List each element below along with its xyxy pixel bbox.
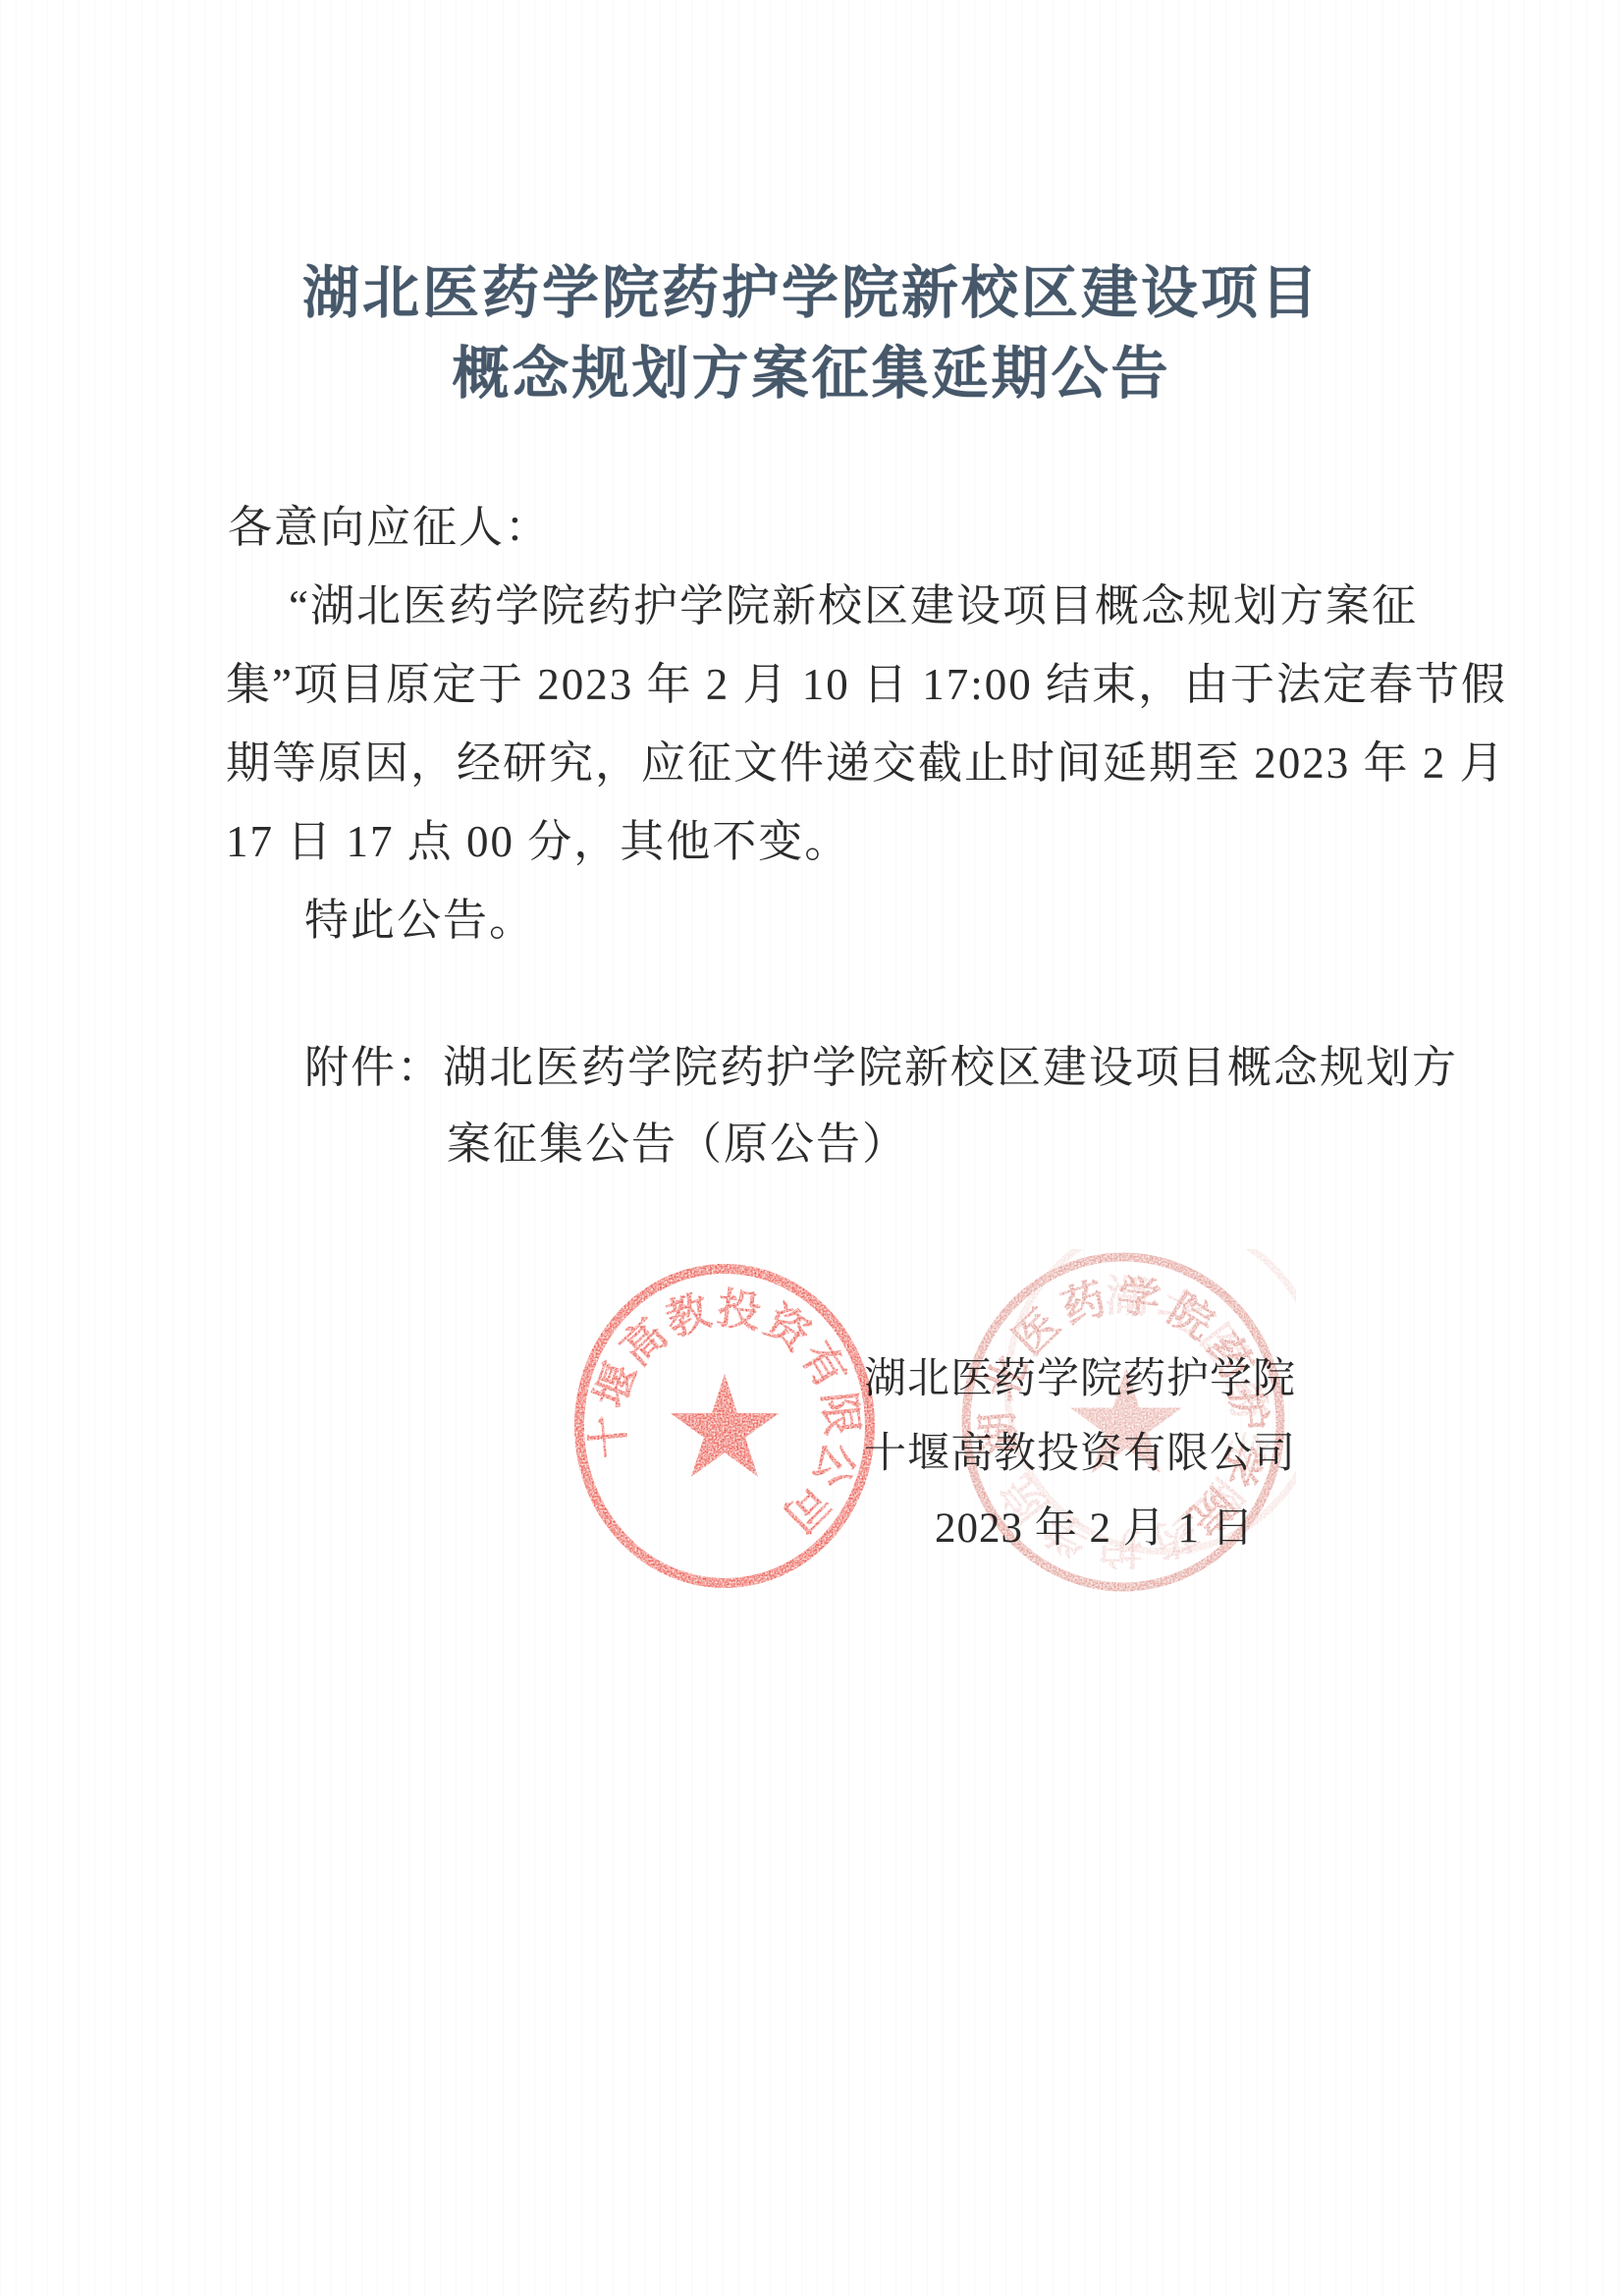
left-stamp: 十 堰 高 教 投 资 有 限 公 司 bbox=[568, 1257, 882, 1595]
star-icon bbox=[671, 1374, 779, 1477]
star-icon bbox=[1070, 1367, 1182, 1474]
paragraph-line-1: “湖北医药学院药护学院新校区建设项目概念规划方案征 bbox=[226, 581, 1418, 630]
svg-text:十: 十 bbox=[583, 1413, 635, 1460]
paragraph-line-2: 集”项目原定于 2023 年 2 月 10 日 17:00 结束，由于法定春节假 bbox=[226, 660, 1507, 709]
right-stamp: 湖 北 医 药 学 院 药 护 学 院 bbox=[957, 1249, 1296, 1603]
svg-text:投: 投 bbox=[715, 1285, 764, 1338]
svg-text:药: 药 bbox=[1055, 1274, 1111, 1333]
svg-text:教: 教 bbox=[660, 1286, 717, 1346]
document-title: 湖北医药学院药护学院新校区建设项目 概念规划方案征集延期公告 bbox=[0, 253, 1623, 414]
attachment-line-1: 附件：湖北医药学院药护学院新校区建设项目概念规划方 bbox=[304, 1043, 1458, 1092]
title-line-1: 湖北医药学院药护学院新校区建设项目 bbox=[0, 253, 1623, 334]
salutation: 各意向应征人： bbox=[228, 503, 551, 552]
closing-statement: 特此公告。 bbox=[304, 896, 535, 945]
scanned-announcement-page: 湖北医药学院药护学院新校区建设项目 概念规划方案征集延期公告 各意向应征人： “… bbox=[0, 0, 1623, 2296]
attachment-line-2: 案征集公告（原公告） bbox=[447, 1120, 908, 1169]
title-line-2: 概念规划方案征集延期公告 bbox=[0, 334, 1623, 414]
svg-text:限: 限 bbox=[814, 1390, 866, 1438]
paragraph-line-4: 17 日 17 点 00 分，其他不变。 bbox=[226, 817, 850, 866]
paragraph-line-3: 期等原因，经研究，应征文件递交截止时间延期至 2023 年 2 月 bbox=[226, 738, 1506, 788]
